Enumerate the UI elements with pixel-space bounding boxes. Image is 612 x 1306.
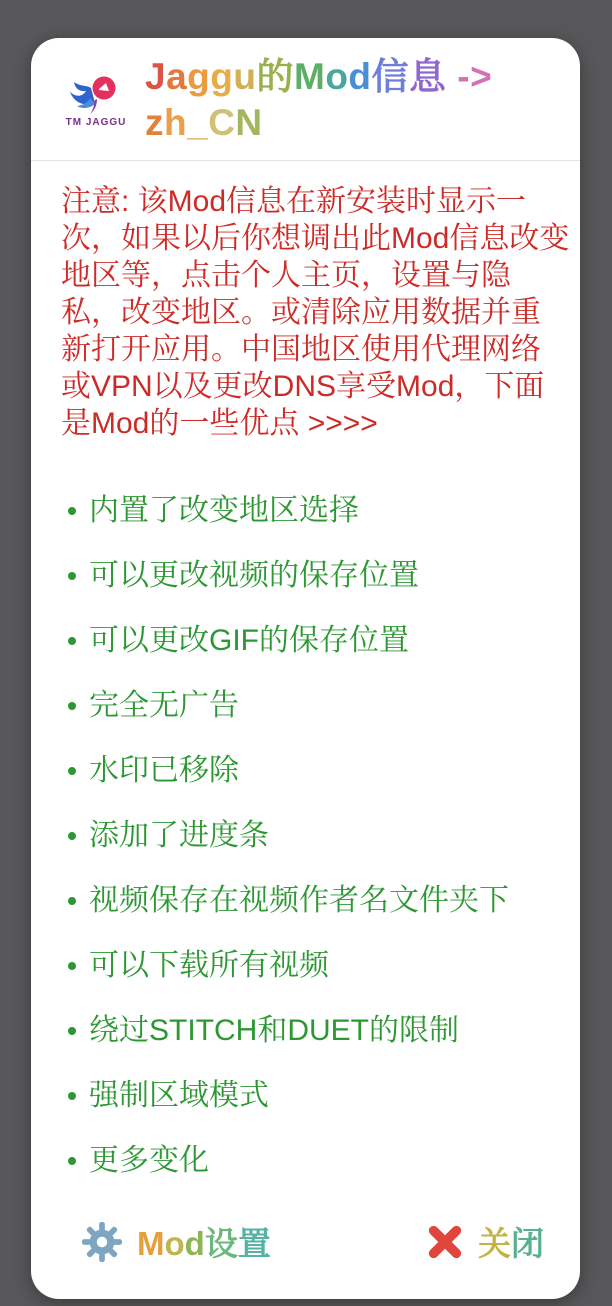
features-list: 内置了改变地区选择 可以更改视频的保存位置 可以更改GIF的保存位置 完全无广告… [68, 496, 570, 1211]
bullet-icon [68, 832, 76, 840]
feature-item: 可以下载所有视频 [68, 951, 570, 981]
feature-label: 可以更改GIF的保存位置 [89, 626, 409, 656]
app-logo: TM JAGGU [61, 73, 131, 128]
mod-settings-label: Mod设置 [137, 1218, 271, 1265]
feature-label: 更多变化 [89, 1146, 209, 1176]
bullet-icon [68, 637, 76, 645]
dialog-title: Jaggu的Mod信息 -> zh_CN [145, 54, 492, 146]
feature-label: 水印已移除 [89, 756, 239, 786]
brand-text: TM JAGGU [61, 117, 131, 128]
bullet-icon [68, 962, 76, 970]
feature-item: 视频保存在视频作者名文件夹下 [68, 886, 570, 916]
bullet-icon [68, 572, 76, 580]
notice-text: 注意: 该Mod信息在新安装时显示一次，如果以后你想调出此Mod信息改变地区等，… [61, 183, 570, 442]
dialog-header: TM JAGGU Jaggu的Mod信息 -> zh_CN [31, 38, 580, 161]
feature-label: 可以下载所有视频 [89, 951, 329, 981]
close-button[interactable]: 关闭 [426, 1218, 544, 1265]
mod-info-dialog: TM JAGGU Jaggu的Mod信息 -> zh_CN 注意: 该Mod信息… [31, 38, 580, 1299]
bullet-icon [68, 1157, 76, 1165]
bullet-icon [68, 702, 76, 710]
dialog-footer: Mod设置 关闭 [31, 1218, 580, 1299]
feature-label: 绕过STITCH和DUET的限制 [89, 1016, 459, 1046]
feature-item: 水印已移除 [68, 756, 570, 786]
bullet-icon [68, 1092, 76, 1100]
feature-label: 添加了进度条 [89, 821, 269, 851]
feature-label: 强制区域模式 [89, 1081, 269, 1111]
feature-item: 内置了改变地区选择 [68, 496, 570, 526]
feature-item: 添加了进度条 [68, 821, 570, 851]
gear-icon [81, 1221, 123, 1263]
bullet-icon [68, 1027, 76, 1035]
feature-item: 更多变化 [68, 1146, 570, 1176]
feature-item: 完全无广告 [68, 691, 570, 721]
feature-item: 可以更改视频的保存位置 [68, 561, 570, 591]
dialog-title-line1: Jaggu的Mod信息 -> [145, 54, 492, 100]
mod-settings-button[interactable]: Mod设置 [81, 1218, 271, 1265]
feature-label: 视频保存在视频作者名文件夹下 [89, 886, 509, 916]
bullet-icon [68, 507, 76, 515]
feature-label: 内置了改变地区选择 [89, 496, 359, 526]
bullet-icon [68, 897, 76, 905]
feature-label: 完全无广告 [89, 691, 239, 721]
feature-item: 可以更改GIF的保存位置 [68, 626, 570, 656]
feature-item: 绕过STITCH和DUET的限制 [68, 1016, 570, 1046]
feature-label: 可以更改视频的保存位置 [89, 561, 419, 591]
bullet-icon [68, 767, 76, 775]
close-x-icon [426, 1223, 464, 1261]
feature-item: 强制区域模式 [68, 1081, 570, 1111]
dialog-title-line2: zh_CN [145, 100, 492, 146]
close-label: 关闭 [478, 1218, 544, 1265]
phoenix-logo-icon [67, 73, 125, 119]
